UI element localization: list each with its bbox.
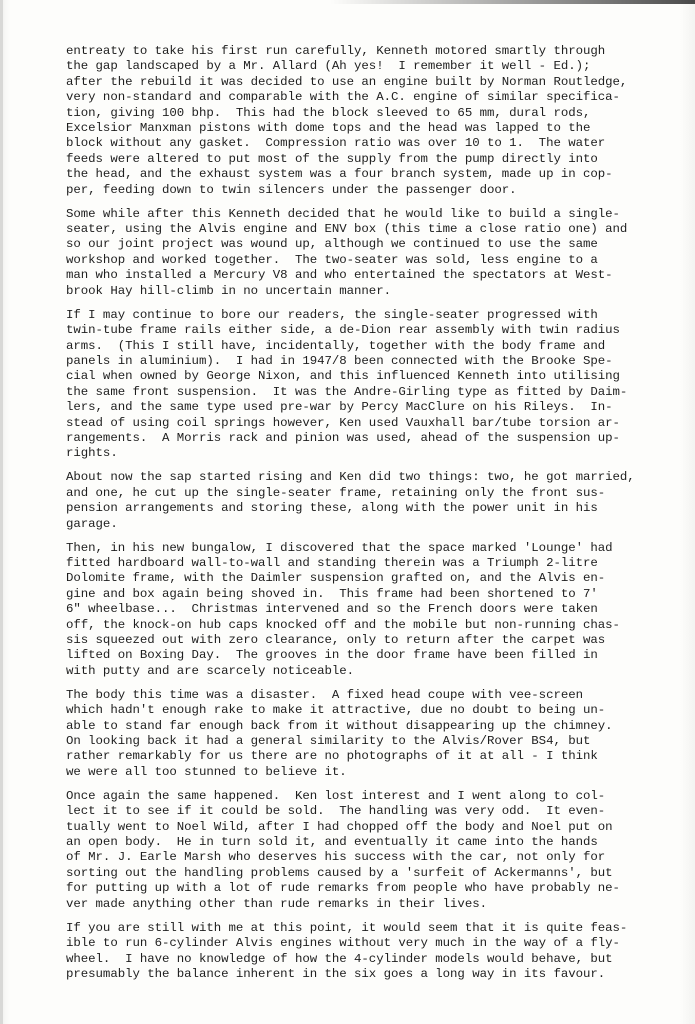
- text-line: off, the knock-on hub caps knocked off a…: [66, 618, 695, 633]
- paragraph: Then, in his new bungalow, I discovered …: [66, 541, 695, 680]
- text-line: with putty and are scarcely noticeable.: [66, 664, 695, 679]
- text-line: the gap landscaped by a Mr. Allard (Ah y…: [66, 59, 695, 74]
- text-line: gine and box again being shoved in. This…: [66, 587, 695, 602]
- text-line: Then, in his new bungalow, I discovered …: [66, 541, 695, 556]
- text-line: Excelsior Manxman pistons with dome tops…: [66, 121, 695, 136]
- text-line: lect it to see if it could be sold. The …: [66, 804, 695, 819]
- scan-top-shadow: [330, 0, 695, 4]
- text-line: lers, and the same type used pre-war by …: [66, 400, 695, 415]
- text-line: entreaty to take his first run carefully…: [66, 44, 695, 59]
- paragraph: Some while after this Kenneth decided th…: [66, 207, 695, 299]
- paragraph: About now the sap started rising and Ken…: [66, 470, 695, 532]
- text-line: wheel. I have no knowledge of how the 4-…: [66, 952, 695, 967]
- text-line: of Mr. J. Earle Marsh who deserves his s…: [66, 850, 695, 865]
- text-line: stead of using coil springs however, Ken…: [66, 416, 695, 431]
- text-line: after the rebuild it was decided to use …: [66, 75, 695, 90]
- text-line: the same front suspension. It was the An…: [66, 385, 695, 400]
- text-line: for putting up with a lot of rude remark…: [66, 881, 695, 896]
- text-line: block without any gasket. Compression ra…: [66, 136, 695, 151]
- text-line: Once again the same happened. Ken lost i…: [66, 789, 695, 804]
- text-line: sis squeezed out with zero clearance, on…: [66, 633, 695, 648]
- page-left-edge: [0, 0, 3, 1024]
- scanned-page: entreaty to take his first run carefully…: [0, 0, 695, 1024]
- text-line: we were all too stunned to believe it.: [66, 765, 695, 780]
- text-line: rights.: [66, 446, 695, 461]
- text-line: The body this time was a disaster. A fix…: [66, 688, 695, 703]
- text-line: lifted on Boxing Day. The grooves in the…: [66, 648, 695, 663]
- paragraph: If I may continue to bore our readers, t…: [66, 308, 695, 462]
- text-line: presumably the balance inherent in the s…: [66, 967, 695, 982]
- text-line: pension arrangements and storing these, …: [66, 501, 695, 516]
- paragraph: The body this time was a disaster. A fix…: [66, 688, 695, 780]
- text-line: the head, and the exhaust system was a f…: [66, 167, 695, 182]
- text-line: an open body. He in turn sold it, and ev…: [66, 835, 695, 850]
- text-line: About now the sap started rising and Ken…: [66, 470, 695, 485]
- text-line: 6" wheelbase... Christmas intervened and…: [66, 602, 695, 617]
- text-line: ver made anything other than rude remark…: [66, 897, 695, 912]
- text-line: arms. (This I still have, incidentally, …: [66, 339, 695, 354]
- text-line: fitted hardboard wall-to-wall and standi…: [66, 556, 695, 571]
- text-line: tion, giving 100 bhp. This had the block…: [66, 106, 695, 121]
- text-line: so our joint project was wound up, altho…: [66, 237, 695, 252]
- paragraph: If you are still with me at this point, …: [66, 921, 695, 983]
- text-line: cial when owned by George Nixon, and thi…: [66, 369, 695, 384]
- text-line: ible to run 6-cylinder Alvis engines wit…: [66, 936, 695, 951]
- text-line: seater, using the Alvis engine and ENV b…: [66, 222, 695, 237]
- text-line: rangements. A Morris rack and pinion was…: [66, 431, 695, 446]
- text-line: brook Hay hill-climb in no uncertain man…: [66, 284, 695, 299]
- paragraph: Once again the same happened. Ken lost i…: [66, 789, 695, 912]
- text-line: feeds were altered to put most of the su…: [66, 152, 695, 167]
- text-line: workshop and worked together. The two-se…: [66, 253, 695, 268]
- text-line: which hadn't enough rake to make it attr…: [66, 703, 695, 718]
- text-line: very non-standard and comparable with th…: [66, 90, 695, 105]
- text-line: garage.: [66, 517, 695, 532]
- paragraph: entreaty to take his first run carefully…: [66, 44, 695, 198]
- text-line: panels in aluminium). I had in 1947/8 be…: [66, 354, 695, 369]
- text-line: sorting out the handling problems caused…: [66, 866, 695, 881]
- text-line: twin-tube frame rails either side, a de-…: [66, 323, 695, 338]
- text-line: Dolomite frame, with the Daimler suspens…: [66, 571, 695, 586]
- text-line: Some while after this Kenneth decided th…: [66, 207, 695, 222]
- text-line: man who installed a Mercury V8 and who e…: [66, 268, 695, 283]
- text-line: rather remarkably for us there are no ph…: [66, 749, 695, 764]
- text-line: able to stand far enough back from it wi…: [66, 719, 695, 734]
- text-line: per, feeding down to twin silencers unde…: [66, 183, 695, 198]
- text-line: and one, he cut up the single-seater fra…: [66, 486, 695, 501]
- text-line: tually went to Noel Wild, after I had ch…: [66, 820, 695, 835]
- text-line: On looking back it had a general similar…: [66, 734, 695, 749]
- text-line: If I may continue to bore our readers, t…: [66, 308, 695, 323]
- text-line: If you are still with me at this point, …: [66, 921, 695, 936]
- document-body: entreaty to take his first run carefully…: [66, 44, 695, 991]
